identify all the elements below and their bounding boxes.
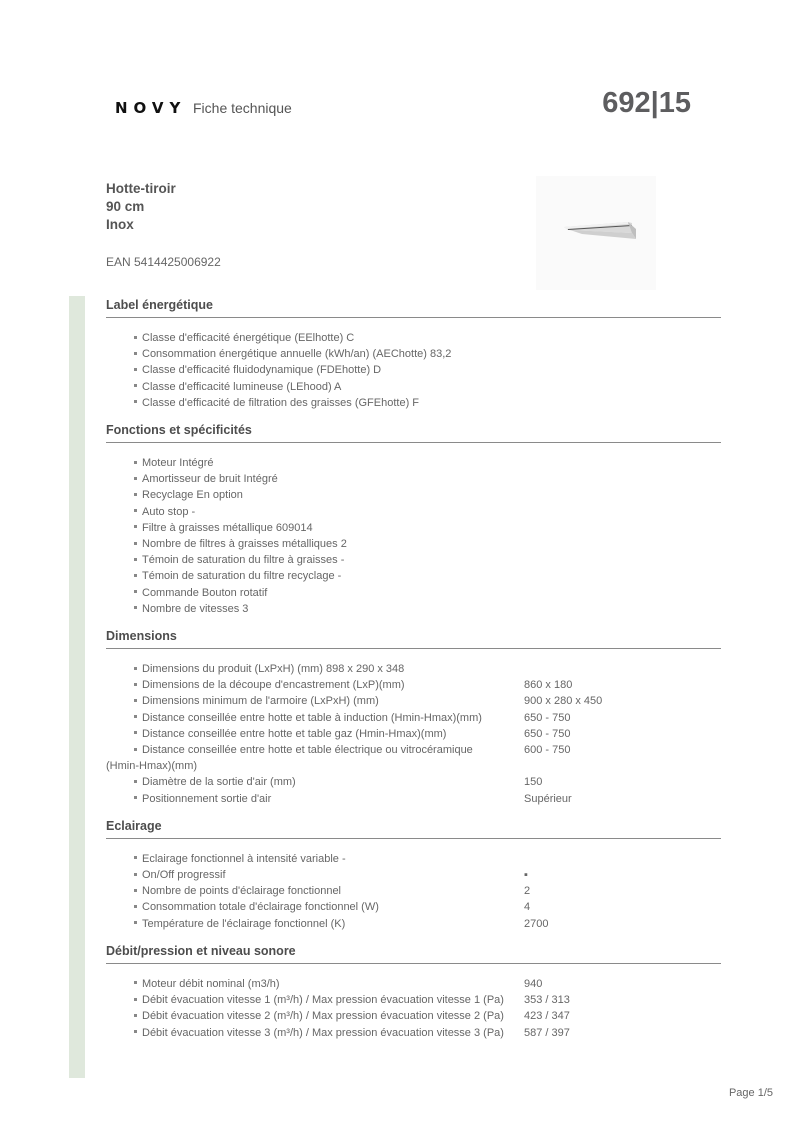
spec-content: Label énergétiqueClasse d'efficacité éne… xyxy=(106,298,721,1053)
spec-label-text: Dimensions de la découpe d'encastrement … xyxy=(142,679,405,691)
spec-label: Recyclage En option xyxy=(106,487,243,503)
spec-label: Témoin de saturation du filtre recyclage… xyxy=(106,568,341,584)
spec-row: Consommation totale d'éclairage fonction… xyxy=(106,899,721,915)
spec-label: Dimensions minimum de l'armoire (LxPxH) … xyxy=(106,693,524,709)
spec-value: 940 xyxy=(524,976,721,992)
spec-section: Fonctions et spécificitésMoteur IntégréA… xyxy=(106,423,721,629)
product-image xyxy=(536,176,656,290)
spec-label-text: Amortisseur de bruit Intégré xyxy=(142,473,278,485)
range-hood-icon xyxy=(562,221,638,241)
bullet-icon xyxy=(134,889,137,892)
spec-row: Moteur Intégré xyxy=(106,455,721,471)
spec-section: DimensionsDimensions du produit (LxPxH) … xyxy=(106,629,721,819)
bullet-icon xyxy=(134,574,137,577)
spec-label: Débit évacuation vitesse 3 (m³/h) / Max … xyxy=(106,1025,524,1041)
bullet-icon xyxy=(134,384,137,387)
spec-label-text: Dimensions minimum de l'armoire (LxPxH) … xyxy=(142,695,379,707)
spec-row: Débit évacuation vitesse 1 (m³/h) / Max … xyxy=(106,992,721,1008)
section-title: Label énergétique xyxy=(106,298,721,318)
bullet-icon xyxy=(134,699,137,702)
spec-value: Supérieur xyxy=(524,791,721,807)
spec-label-text: Consommation totale d'éclairage fonction… xyxy=(142,901,379,913)
spec-label: Filtre à graisses métallique 609014 xyxy=(106,520,313,536)
spec-row: On/Off progressif▪ xyxy=(106,867,721,883)
spec-label: Commande Bouton rotatif xyxy=(106,585,267,601)
spec-label-text: Dimensions du produit (LxPxH) (mm) 898 x… xyxy=(142,663,404,675)
spec-row: Positionnement sortie d'airSupérieur xyxy=(106,791,721,807)
spec-label: Débit évacuation vitesse 2 (m³/h) / Max … xyxy=(106,1008,524,1024)
document-type: Fiche technique xyxy=(193,100,292,116)
spec-row: Diamètre de la sortie d'air (mm)150 xyxy=(106,774,721,790)
spec-row: Distance conseillée entre hotte et table… xyxy=(106,726,721,742)
spec-label: Moteur débit nominal (m3/h) xyxy=(106,976,524,992)
spec-value: 650 - 750 xyxy=(524,726,721,742)
spec-label: Moteur Intégré xyxy=(106,455,214,471)
spec-label-text: Consommation énergétique annuelle (kWh/a… xyxy=(142,348,451,360)
spec-row: Témoin de saturation du filtre à graisse… xyxy=(106,552,721,568)
spec-label-text: Témoin de saturation du filtre recyclage… xyxy=(142,570,341,582)
spec-label: Distance conseillée entre hotte et table… xyxy=(106,726,524,742)
spec-label-text: Distance conseillée entre hotte et table… xyxy=(142,728,446,740)
spec-label: Dimensions de la découpe d'encastrement … xyxy=(106,677,524,693)
spec-label: Diamètre de la sortie d'air (mm) xyxy=(106,774,524,790)
bullet-icon xyxy=(134,873,137,876)
spec-label-text: Commande Bouton rotatif xyxy=(142,587,267,599)
spec-value: 4 xyxy=(524,899,721,915)
brand-logo: NOVY xyxy=(115,99,186,117)
spec-row: Distance conseillée entre hotte et table… xyxy=(106,710,721,726)
spec-label-text: Filtre à graisses métallique 609014 xyxy=(142,522,313,534)
section-title: Fonctions et spécificités xyxy=(106,423,721,443)
bullet-icon xyxy=(134,477,137,480)
bullet-icon xyxy=(134,998,137,1001)
spec-label: Auto stop - xyxy=(106,504,195,520)
spec-label-text: Classe d'efficacité de filtration des gr… xyxy=(142,397,419,409)
spec-label-text: Diamètre de la sortie d'air (mm) xyxy=(142,776,296,788)
spec-label: Distance conseillée entre hotte et table… xyxy=(106,710,524,726)
spec-row: Température de l'éclairage fonctionnel (… xyxy=(106,916,721,932)
bullet-icon xyxy=(134,525,137,528)
spec-label-text: Auto stop - xyxy=(142,506,195,518)
spec-list: Classe d'efficacité énergétique (EElhott… xyxy=(106,318,721,423)
spec-label-text: Moteur Intégré xyxy=(142,457,214,469)
ean-code: EAN 5414425006922 xyxy=(106,255,221,269)
spec-section: Label énergétiqueClasse d'efficacité éne… xyxy=(106,298,721,423)
section-title: Débit/pression et niveau sonore xyxy=(106,944,721,964)
spec-row: Recyclage En option xyxy=(106,487,721,503)
model-number: 692|15 xyxy=(602,87,691,120)
spec-label-text: Témoin de saturation du filtre à graisse… xyxy=(142,554,344,566)
bullet-icon xyxy=(134,856,137,859)
spec-value: 600 - 750 xyxy=(524,742,721,774)
spec-value: 587 / 397 xyxy=(524,1025,721,1041)
spec-row: Filtre à graisses métallique 609014 xyxy=(106,520,721,536)
spec-label: Consommation énergétique annuelle (kWh/a… xyxy=(106,346,451,362)
spec-value: 860 x 180 xyxy=(524,677,721,693)
spec-label: Consommation totale d'éclairage fonction… xyxy=(106,899,524,915)
spec-value: 150 xyxy=(524,774,721,790)
product-width: 90 cm xyxy=(106,198,176,216)
spec-label-text: Moteur débit nominal (m3/h) xyxy=(142,978,280,990)
bullet-icon xyxy=(134,683,137,686)
spec-label-text: Température de l'éclairage fonctionnel (… xyxy=(142,918,345,930)
spec-label-text: Classe d'efficacité fluidodynamique (FDE… xyxy=(142,364,381,376)
spec-row: Dimensions de la découpe d'encastrement … xyxy=(106,677,721,693)
spec-label-text: On/Off progressif xyxy=(142,869,226,881)
spec-label-text: Positionnement sortie d'air xyxy=(142,793,271,805)
spec-row: Dimensions du produit (LxPxH) (mm) 898 x… xyxy=(106,661,721,677)
bullet-icon xyxy=(134,509,137,512)
spec-row: Débit évacuation vitesse 2 (m³/h) / Max … xyxy=(106,1008,721,1024)
bullet-icon xyxy=(134,1030,137,1033)
bullet-icon xyxy=(134,921,137,924)
spec-list: Eclairage fonctionnel à intensité variab… xyxy=(106,839,721,944)
spec-row: Classe d'efficacité fluidodynamique (FDE… xyxy=(106,362,721,378)
spec-row: Témoin de saturation du filtre recyclage… xyxy=(106,568,721,584)
product-type: Hotte-tiroir xyxy=(106,180,176,198)
spec-section: Débit/pression et niveau sonoreMoteur dé… xyxy=(106,944,721,1053)
spec-row: Débit évacuation vitesse 3 (m³/h) / Max … xyxy=(106,1025,721,1041)
bullet-icon xyxy=(134,368,137,371)
spec-label-text: Distance conseillée entre hotte et table… xyxy=(142,712,482,724)
spec-label: Classe d'efficacité énergétique (EElhott… xyxy=(106,330,354,346)
spec-label: Nombre de points d'éclairage fonctionnel xyxy=(106,883,524,899)
bullet-icon xyxy=(134,780,137,783)
bullet-icon xyxy=(134,981,137,984)
spec-row: Commande Bouton rotatif xyxy=(106,585,721,601)
spec-label-text: Nombre de points d'éclairage fonctionnel xyxy=(142,885,341,897)
spec-value: ▪ xyxy=(524,867,721,883)
product-finish: Inox xyxy=(106,216,176,234)
spec-label: Amortisseur de bruit Intégré xyxy=(106,471,278,487)
spec-label-text: Débit évacuation vitesse 1 (m³/h) / Max … xyxy=(142,994,504,1006)
bullet-icon xyxy=(134,400,137,403)
spec-row: Auto stop - xyxy=(106,504,721,520)
spec-label: On/Off progressif xyxy=(106,867,524,883)
spec-row: Nombre de points d'éclairage fonctionnel… xyxy=(106,883,721,899)
spec-label: Eclairage fonctionnel à intensité variab… xyxy=(106,851,346,867)
spec-list: Moteur IntégréAmortisseur de bruit Intég… xyxy=(106,443,721,629)
spec-row: Classe d'efficacité lumineuse (LEhood) A xyxy=(106,379,721,395)
spec-label-text: Débit évacuation vitesse 2 (m³/h) / Max … xyxy=(142,1010,504,1022)
spec-label: Nombre de vitesses 3 xyxy=(106,601,248,617)
spec-label: Classe d'efficacité fluidodynamique (FDE… xyxy=(106,362,381,378)
spec-label: Nombre de filtres à graisses métalliques… xyxy=(106,536,347,552)
spec-label-text: Classe d'efficacité lumineuse (LEhood) A xyxy=(142,381,341,393)
spec-row: Nombre de vitesses 3 xyxy=(106,601,721,617)
bullet-icon xyxy=(134,715,137,718)
spec-value: 353 / 313 xyxy=(524,992,721,1008)
spec-label-text: Eclairage fonctionnel à intensité variab… xyxy=(142,853,346,865)
spec-label-text: Classe d'efficacité énergétique (EElhott… xyxy=(142,332,354,344)
bullet-icon xyxy=(134,1014,137,1017)
spec-label: Témoin de saturation du filtre à graisse… xyxy=(106,552,344,568)
spec-label-text: Nombre de filtres à graisses métalliques… xyxy=(142,538,347,550)
spec-label: Classe d'efficacité de filtration des gr… xyxy=(106,395,419,411)
spec-label-continuation: (Hmin-Hmax)(mm) xyxy=(106,758,524,774)
bullet-icon xyxy=(134,558,137,561)
spec-label: Température de l'éclairage fonctionnel (… xyxy=(106,916,524,932)
spec-list: Dimensions du produit (LxPxH) (mm) 898 x… xyxy=(106,649,721,819)
section-title: Dimensions xyxy=(106,629,721,649)
section-title: Eclairage xyxy=(106,819,721,839)
spec-label-text: Débit évacuation vitesse 3 (m³/h) / Max … xyxy=(142,1027,504,1039)
spec-label: Dimensions du produit (LxPxH) (mm) 898 x… xyxy=(106,661,404,677)
bullet-icon xyxy=(134,542,137,545)
spec-list: Moteur débit nominal (m3/h)940Débit évac… xyxy=(106,964,721,1053)
bullet-icon xyxy=(134,336,137,339)
spec-value: 423 / 347 xyxy=(524,1008,721,1024)
product-title: Hotte-tiroir 90 cm Inox xyxy=(106,180,176,234)
spec-value: 2700 xyxy=(524,916,721,932)
spec-row: Moteur débit nominal (m3/h)940 xyxy=(106,976,721,992)
bullet-icon xyxy=(134,731,137,734)
spec-section: EclairageEclairage fonctionnel à intensi… xyxy=(106,819,721,944)
page-number: Page 1/5 xyxy=(729,1087,773,1099)
spec-value: 900 x 280 x 450 xyxy=(524,693,721,709)
spec-row: Dimensions minimum de l'armoire (LxPxH) … xyxy=(106,693,721,709)
spec-row: Consommation énergétique annuelle (kWh/a… xyxy=(106,346,721,362)
spec-label: Distance conseillée entre hotte et table… xyxy=(106,742,524,774)
spec-label-text: Recyclage En option xyxy=(142,489,243,501)
bullet-icon xyxy=(134,905,137,908)
spec-value: 650 - 750 xyxy=(524,710,721,726)
spec-row: Classe d'efficacité de filtration des gr… xyxy=(106,395,721,411)
bullet-icon xyxy=(134,606,137,609)
spec-label-text: Nombre de vitesses 3 xyxy=(142,603,248,615)
bullet-icon xyxy=(134,590,137,593)
spec-label: Débit évacuation vitesse 1 (m³/h) / Max … xyxy=(106,992,524,1008)
bullet-icon xyxy=(134,493,137,496)
spec-label: Classe d'efficacité lumineuse (LEhood) A xyxy=(106,379,341,395)
spec-value: 2 xyxy=(524,883,721,899)
spec-row: Nombre de filtres à graisses métalliques… xyxy=(106,536,721,552)
spec-row: Classe d'efficacité énergétique (EElhott… xyxy=(106,330,721,346)
bullet-icon xyxy=(134,796,137,799)
spec-label: Positionnement sortie d'air xyxy=(106,791,524,807)
spec-row: Distance conseillée entre hotte et table… xyxy=(106,742,721,774)
spec-label-text: Distance conseillée entre hotte et table… xyxy=(142,744,473,756)
accent-sidebar xyxy=(69,296,85,1078)
spec-row: Eclairage fonctionnel à intensité variab… xyxy=(106,851,721,867)
bullet-icon xyxy=(134,461,137,464)
bullet-icon xyxy=(134,748,137,751)
bullet-icon xyxy=(134,352,137,355)
bullet-icon xyxy=(134,667,137,670)
spec-row: Amortisseur de bruit Intégré xyxy=(106,471,721,487)
